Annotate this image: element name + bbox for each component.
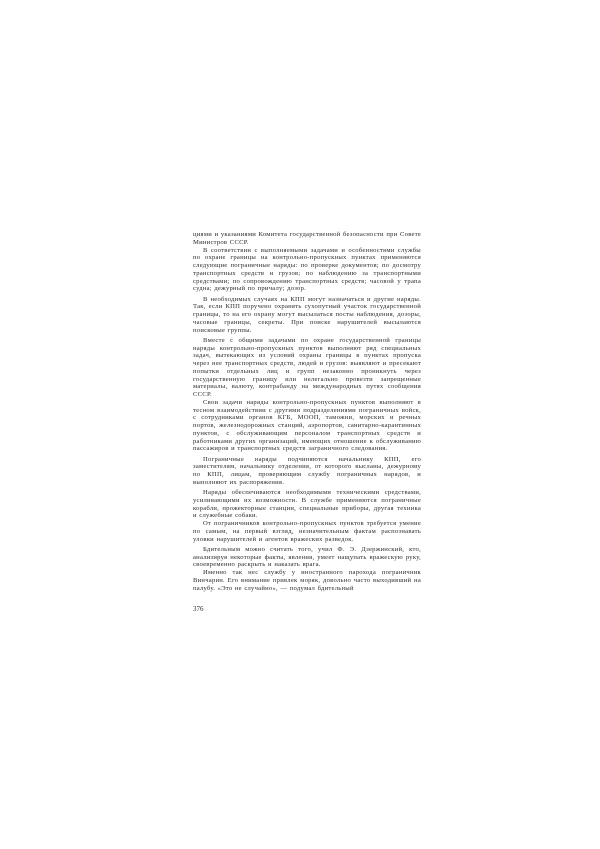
paragraph-other-details: В необходимых случаях на КПП могут назна… — [193, 296, 421, 335]
paragraph-technical-means: Наряды обеспечиваются необходимыми техни… — [193, 489, 421, 520]
page-number: 376 — [193, 605, 204, 613]
paragraph-vincharin-story: Именно так нес службу у иностранного пар… — [193, 569, 421, 592]
paragraph-vigilance-quote: Бдительным можно считать того, учил Ф. Э… — [193, 546, 421, 569]
page-body-text: циями и указаниями Комитета государствен… — [193, 231, 421, 592]
paragraph-subordination: Пограничные наряды подчиняются начальник… — [193, 456, 421, 487]
paragraph-requirements: От пограничников контрольно-пропускных п… — [193, 520, 421, 543]
paragraph-continuation: циями и указаниями Комитета государствен… — [193, 231, 421, 247]
paragraph-border-details: В соответствии с выполняемыми задачами и… — [193, 247, 421, 294]
paragraph-special-tasks: Вместе с общими задачами по охране госуд… — [193, 337, 421, 399]
paragraph-cooperation: Свои задачи наряды контрольно-пропускных… — [193, 399, 421, 453]
